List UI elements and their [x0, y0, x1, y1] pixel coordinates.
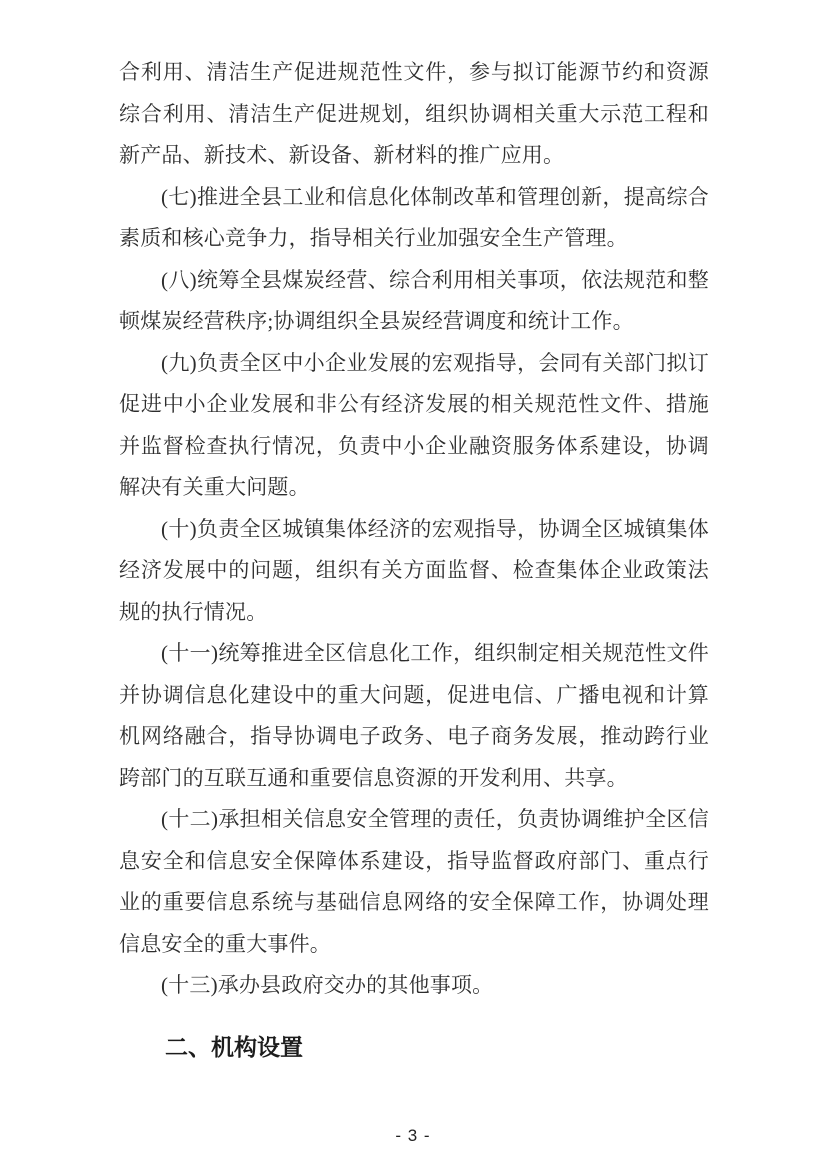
page-footer: - 3 - [0, 1126, 826, 1146]
document-body: 合利用、清洁生产促进规范性文件，参与拟订能源节约和资源综合利用、清洁生产促进规划… [119, 52, 709, 1068]
paragraph-item-9: (九)负责全区中小企业发展的宏观指导，会同有关部门拟订促进中小企业发展和非公有经… [119, 343, 709, 509]
paragraph-item-11: (十一)统筹推进全区信息化工作，组织制定相关规范性文件并协调信息化建设中的重大问… [119, 633, 709, 799]
paragraph-item-13: (十三)承办县政府交办的其他事项。 [119, 965, 709, 1007]
page-number: - 3 - [395, 1126, 430, 1145]
paragraph-item-7: (七)推进全县工业和信息化体制改革和管理创新，提高综合素质和核心竞争力，指导相关… [119, 177, 709, 260]
paragraph-continuation: 合利用、清洁生产促进规范性文件，参与拟订能源节约和资源综合利用、清洁生产促进规划… [119, 52, 709, 177]
paragraph-item-10: (十)负责全区城镇集体经济的宏观指导，协调全区城镇集体经济发展中的问题，组织有关… [119, 509, 709, 634]
section-heading: 二、机构设置 [119, 1027, 709, 1069]
document-page: 合利用、清洁生产促进规范性文件，参与拟订能源节约和资源综合利用、清洁生产促进规划… [0, 0, 826, 1169]
paragraph-item-8: (八)统筹全县煤炭经营、综合利用相关事项，依法规范和整顿煤炭经营秩序;协调组织全… [119, 260, 709, 343]
paragraph-item-12: (十二)承担相关信息安全管理的责任，负责协调维护全区信息安全和信息安全保障体系建… [119, 799, 709, 965]
